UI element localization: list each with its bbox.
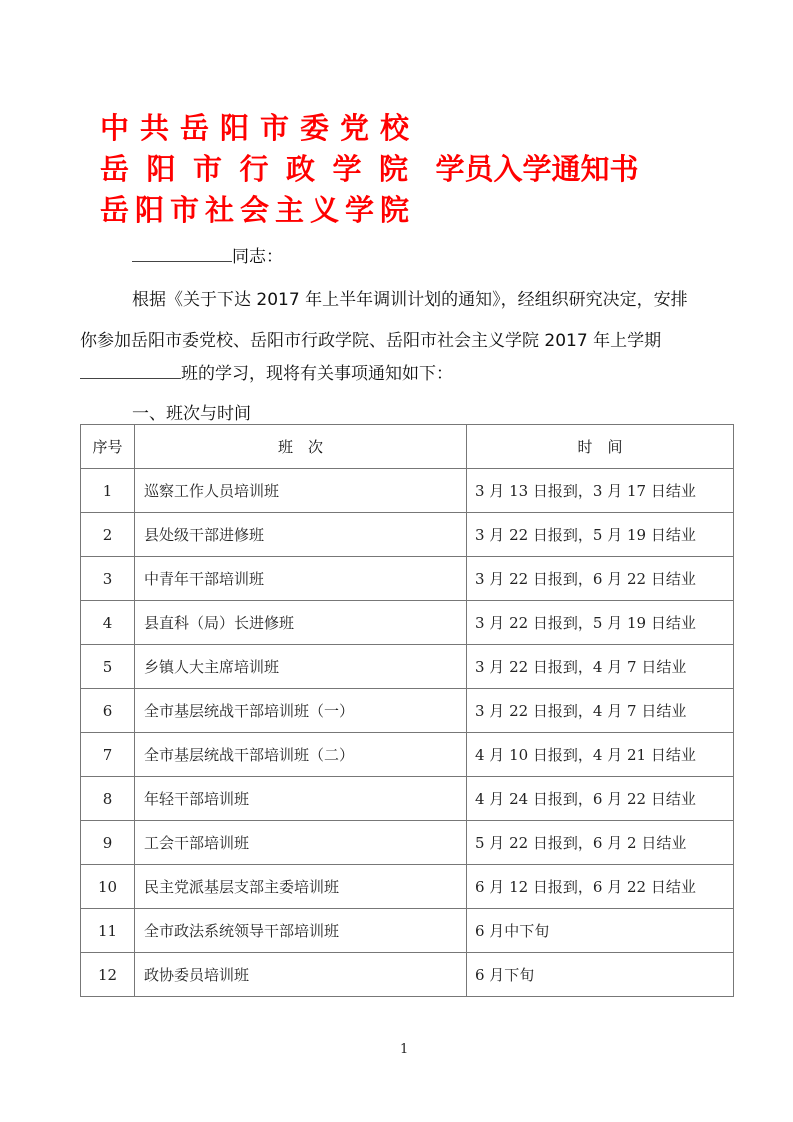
row-number: 2 xyxy=(81,513,135,557)
table-row: 2 县处级干部进修班 3 月 22 日报到，5 月 19 日结业 xyxy=(81,513,734,557)
salutation-line: 同志： xyxy=(132,242,283,267)
table-row: 6 全市基层统战干部培训班（一） 3 月 22 日报到，4 月 7 日结业 xyxy=(81,689,734,733)
table-row: 5 乡镇人大主席培训班 3 月 22 日报到，4 月 7 日结业 xyxy=(81,645,734,689)
row-time: 6 月下旬 xyxy=(467,953,734,997)
row-number: 7 xyxy=(81,733,135,777)
row-class-name: 全市基层统战干部培训班（一） xyxy=(135,689,467,733)
table-row: 7 全市基层统战干部培训班（二） 4 月 10 日报到，4 月 21 日结业 xyxy=(81,733,734,777)
paragraph-line-2: 你参加岳阳市委党校、岳阳市行政学院、岳阳市社会主义学院 2017 年上学期 xyxy=(80,326,661,351)
row-time: 3 月 22 日报到，5 月 19 日结业 xyxy=(467,513,734,557)
document-title: 中共岳阳市委党校 岳阳市行政学院学员入学通知书 岳阳市社会主义学院 xyxy=(100,108,639,231)
row-number: 1 xyxy=(81,469,135,513)
row-time: 6 月中下旬 xyxy=(467,909,734,953)
row-number: 3 xyxy=(81,557,135,601)
row-number: 4 xyxy=(81,601,135,645)
row-class-name: 县直科（局）长进修班 xyxy=(135,601,467,645)
table-row: 4 县直科（局）长进修班 3 月 22 日报到，5 月 19 日结业 xyxy=(81,601,734,645)
page-number: 1 xyxy=(400,1042,408,1057)
table-row: 1 巡察工作人员培训班 3 月 13 日报到，3 月 17 日结业 xyxy=(81,469,734,513)
title-admin-college: 岳阳市行政学院 xyxy=(100,149,426,190)
header-number: 序号 xyxy=(81,425,135,469)
row-class-name: 政协委员培训班 xyxy=(135,953,467,997)
table-row: 11 全市政法系统领导干部培训班 6 月中下旬 xyxy=(81,909,734,953)
row-class-name: 年轻干部培训班 xyxy=(135,777,467,821)
class-blank-field[interactable] xyxy=(80,362,181,379)
row-number: 6 xyxy=(81,689,135,733)
row-time: 3 月 22 日报到，4 月 7 日结业 xyxy=(467,689,734,733)
header-class: 班 次 xyxy=(135,425,467,469)
title-admission-notice: 学员入学通知书 xyxy=(436,149,639,190)
paragraph-line-1: 根据《关于下达 2017 年上半年调训计划的通知》，经组织研究决定，安排 xyxy=(132,285,688,310)
table-row: 3 中青年干部培训班 3 月 22 日报到，6 月 22 日结业 xyxy=(81,557,734,601)
row-time: 5 月 22 日报到，6 月 2 日结业 xyxy=(467,821,734,865)
row-time: 6 月 12 日报到，6 月 22 日结业 xyxy=(467,865,734,909)
table-header-row: 序号 班 次 时 间 xyxy=(81,425,734,469)
table-row: 10 民主党派基层支部主委培训班 6 月 12 日报到，6 月 22 日结业 xyxy=(81,865,734,909)
row-class-name: 巡察工作人员培训班 xyxy=(135,469,467,513)
row-number: 5 xyxy=(81,645,135,689)
title-line-socialism-college: 岳阳市社会主义学院 xyxy=(100,190,639,231)
table-row: 12 政协委员培训班 6 月下旬 xyxy=(81,953,734,997)
paragraph-line-3: 班的学习，现将有关事项通知如下： xyxy=(80,359,453,384)
section-heading-schedule: 一、班次与时间 xyxy=(132,399,251,424)
row-class-name: 乡镇人大主席培训班 xyxy=(135,645,467,689)
row-number: 12 xyxy=(81,953,135,997)
row-class-name: 工会干部培训班 xyxy=(135,821,467,865)
row-class-name: 中青年干部培训班 xyxy=(135,557,467,601)
row-number: 11 xyxy=(81,909,135,953)
paragraph-line-3-suffix: 班的学习，现将有关事项通知如下： xyxy=(181,364,453,384)
row-time: 3 月 22 日报到，5 月 19 日结业 xyxy=(467,601,734,645)
title-line-party-school: 中共岳阳市委党校 xyxy=(100,108,639,149)
row-number: 10 xyxy=(81,865,135,909)
row-class-name: 全市基层统战干部培训班（二） xyxy=(135,733,467,777)
salutation-suffix: 同志： xyxy=(232,247,283,267)
row-class-name: 县处级干部进修班 xyxy=(135,513,467,557)
table-row: 9 工会干部培训班 5 月 22 日报到，6 月 2 日结业 xyxy=(81,821,734,865)
row-class-name: 民主党派基层支部主委培训班 xyxy=(135,865,467,909)
row-time: 3 月 22 日报到，6 月 22 日结业 xyxy=(467,557,734,601)
name-blank-field[interactable] xyxy=(132,245,232,262)
row-time: 4 月 24 日报到，6 月 22 日结业 xyxy=(467,777,734,821)
row-time: 3 月 22 日报到，4 月 7 日结业 xyxy=(467,645,734,689)
row-time: 3 月 13 日报到，3 月 17 日结业 xyxy=(467,469,734,513)
title-line-admin-college: 岳阳市行政学院学员入学通知书 xyxy=(100,149,639,190)
row-number: 9 xyxy=(81,821,135,865)
row-number: 8 xyxy=(81,777,135,821)
header-time: 时 间 xyxy=(467,425,734,469)
class-schedule-table: 序号 班 次 时 间 1 巡察工作人员培训班 3 月 13 日报到，3 月 17… xyxy=(80,424,734,997)
row-time: 4 月 10 日报到，4 月 21 日结业 xyxy=(467,733,734,777)
table-row: 8 年轻干部培训班 4 月 24 日报到，6 月 22 日结业 xyxy=(81,777,734,821)
row-class-name: 全市政法系统领导干部培训班 xyxy=(135,909,467,953)
